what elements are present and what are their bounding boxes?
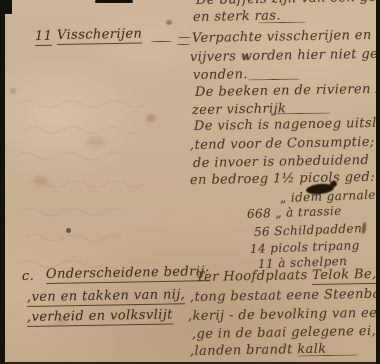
body-line: Verpachte visscherijen en: [192, 28, 372, 46]
margin-section-c-line: ,verheid en volksvlijt: [27, 307, 173, 325]
scan-edge-right: [376, 0, 380, 364]
body-line: de invoer is onbeduidend: [193, 153, 369, 171]
scan-corner-top-left: [0, 0, 12, 14]
pen-dash: [248, 79, 300, 81]
body-line: zeer vischrijk: [192, 101, 287, 118]
stain: [66, 228, 71, 233]
pen-dash: [258, 22, 306, 24]
place-name: Telok Be,: [312, 267, 377, 285]
pen-dash: [151, 41, 172, 42]
hoofdplaats-prefix: Ter Hoofdplaats: [196, 268, 312, 285]
margin-section-c-line: ,ven en takken van nij,: [27, 287, 186, 305]
body-line: vijvers worden hier niet ge,: [190, 47, 380, 65]
list-item: 56 Schildpadden: [254, 221, 363, 239]
stain: [86, 136, 104, 148]
margin-section-c-label: c.: [22, 269, 34, 284]
margin-section-number: 11: [35, 29, 53, 44]
body-line: De buffels zijn van een goed: [196, 0, 380, 8]
stain: [146, 114, 156, 122]
body-line: De visch is nagenoeg uitslui,: [194, 116, 380, 134]
margin-section-c-line: Onderscheidene bedrij:: [46, 264, 210, 282]
body-line: ,ge in de baai gelegene ei,: [192, 324, 376, 342]
ink-speck: [361, 222, 367, 234]
pen-dash: [178, 37, 191, 38]
margin-section-title: Visscherijen: [57, 27, 143, 43]
body-line: ,tend voor de Consumptie;: [190, 135, 375, 153]
body-line: ,kerij - de bevolking van eeni,: [188, 305, 380, 324]
stain: [166, 20, 172, 25]
body-line: ,tong bestaat eene Steenbak,: [190, 286, 380, 305]
show-through-writing: [14, 96, 194, 286]
scan-edge-top-mark: [95, 0, 133, 3]
scan-edge-left: [0, 0, 5, 364]
stain: [242, 54, 249, 60]
section-c-text: ,ven en takken van nij,: [27, 287, 186, 307]
body-line: en bedroeg 1½ picols ged: visch: [190, 169, 380, 188]
section-c-text: ,verheid en volksvlijt: [27, 307, 173, 327]
pen-dash: [298, 354, 358, 356]
body-line: vonden.: [193, 67, 248, 83]
section-title: Visscherijen: [57, 27, 143, 45]
list-item: 668 „ à trassie: [247, 204, 342, 221]
body-line-hoofdplaats: Ter Hoofdplaats Telok Be,: [196, 267, 377, 285]
body-line: De beeken en de rivieren zijn: [195, 81, 380, 100]
section-number: 11: [35, 29, 53, 46]
stain: [10, 88, 16, 94]
pen-dash: [177, 44, 190, 45]
section-c-text: Onderscheidene bedrij:: [46, 264, 210, 284]
manuscript-page: 11 Visscherijen De buffels zijn van een …: [0, 0, 380, 364]
stain: [34, 176, 48, 186]
ink-blot: [330, 181, 337, 187]
stain: [56, 318, 66, 326]
body-line: ,landen brandt kalk: [190, 342, 327, 359]
